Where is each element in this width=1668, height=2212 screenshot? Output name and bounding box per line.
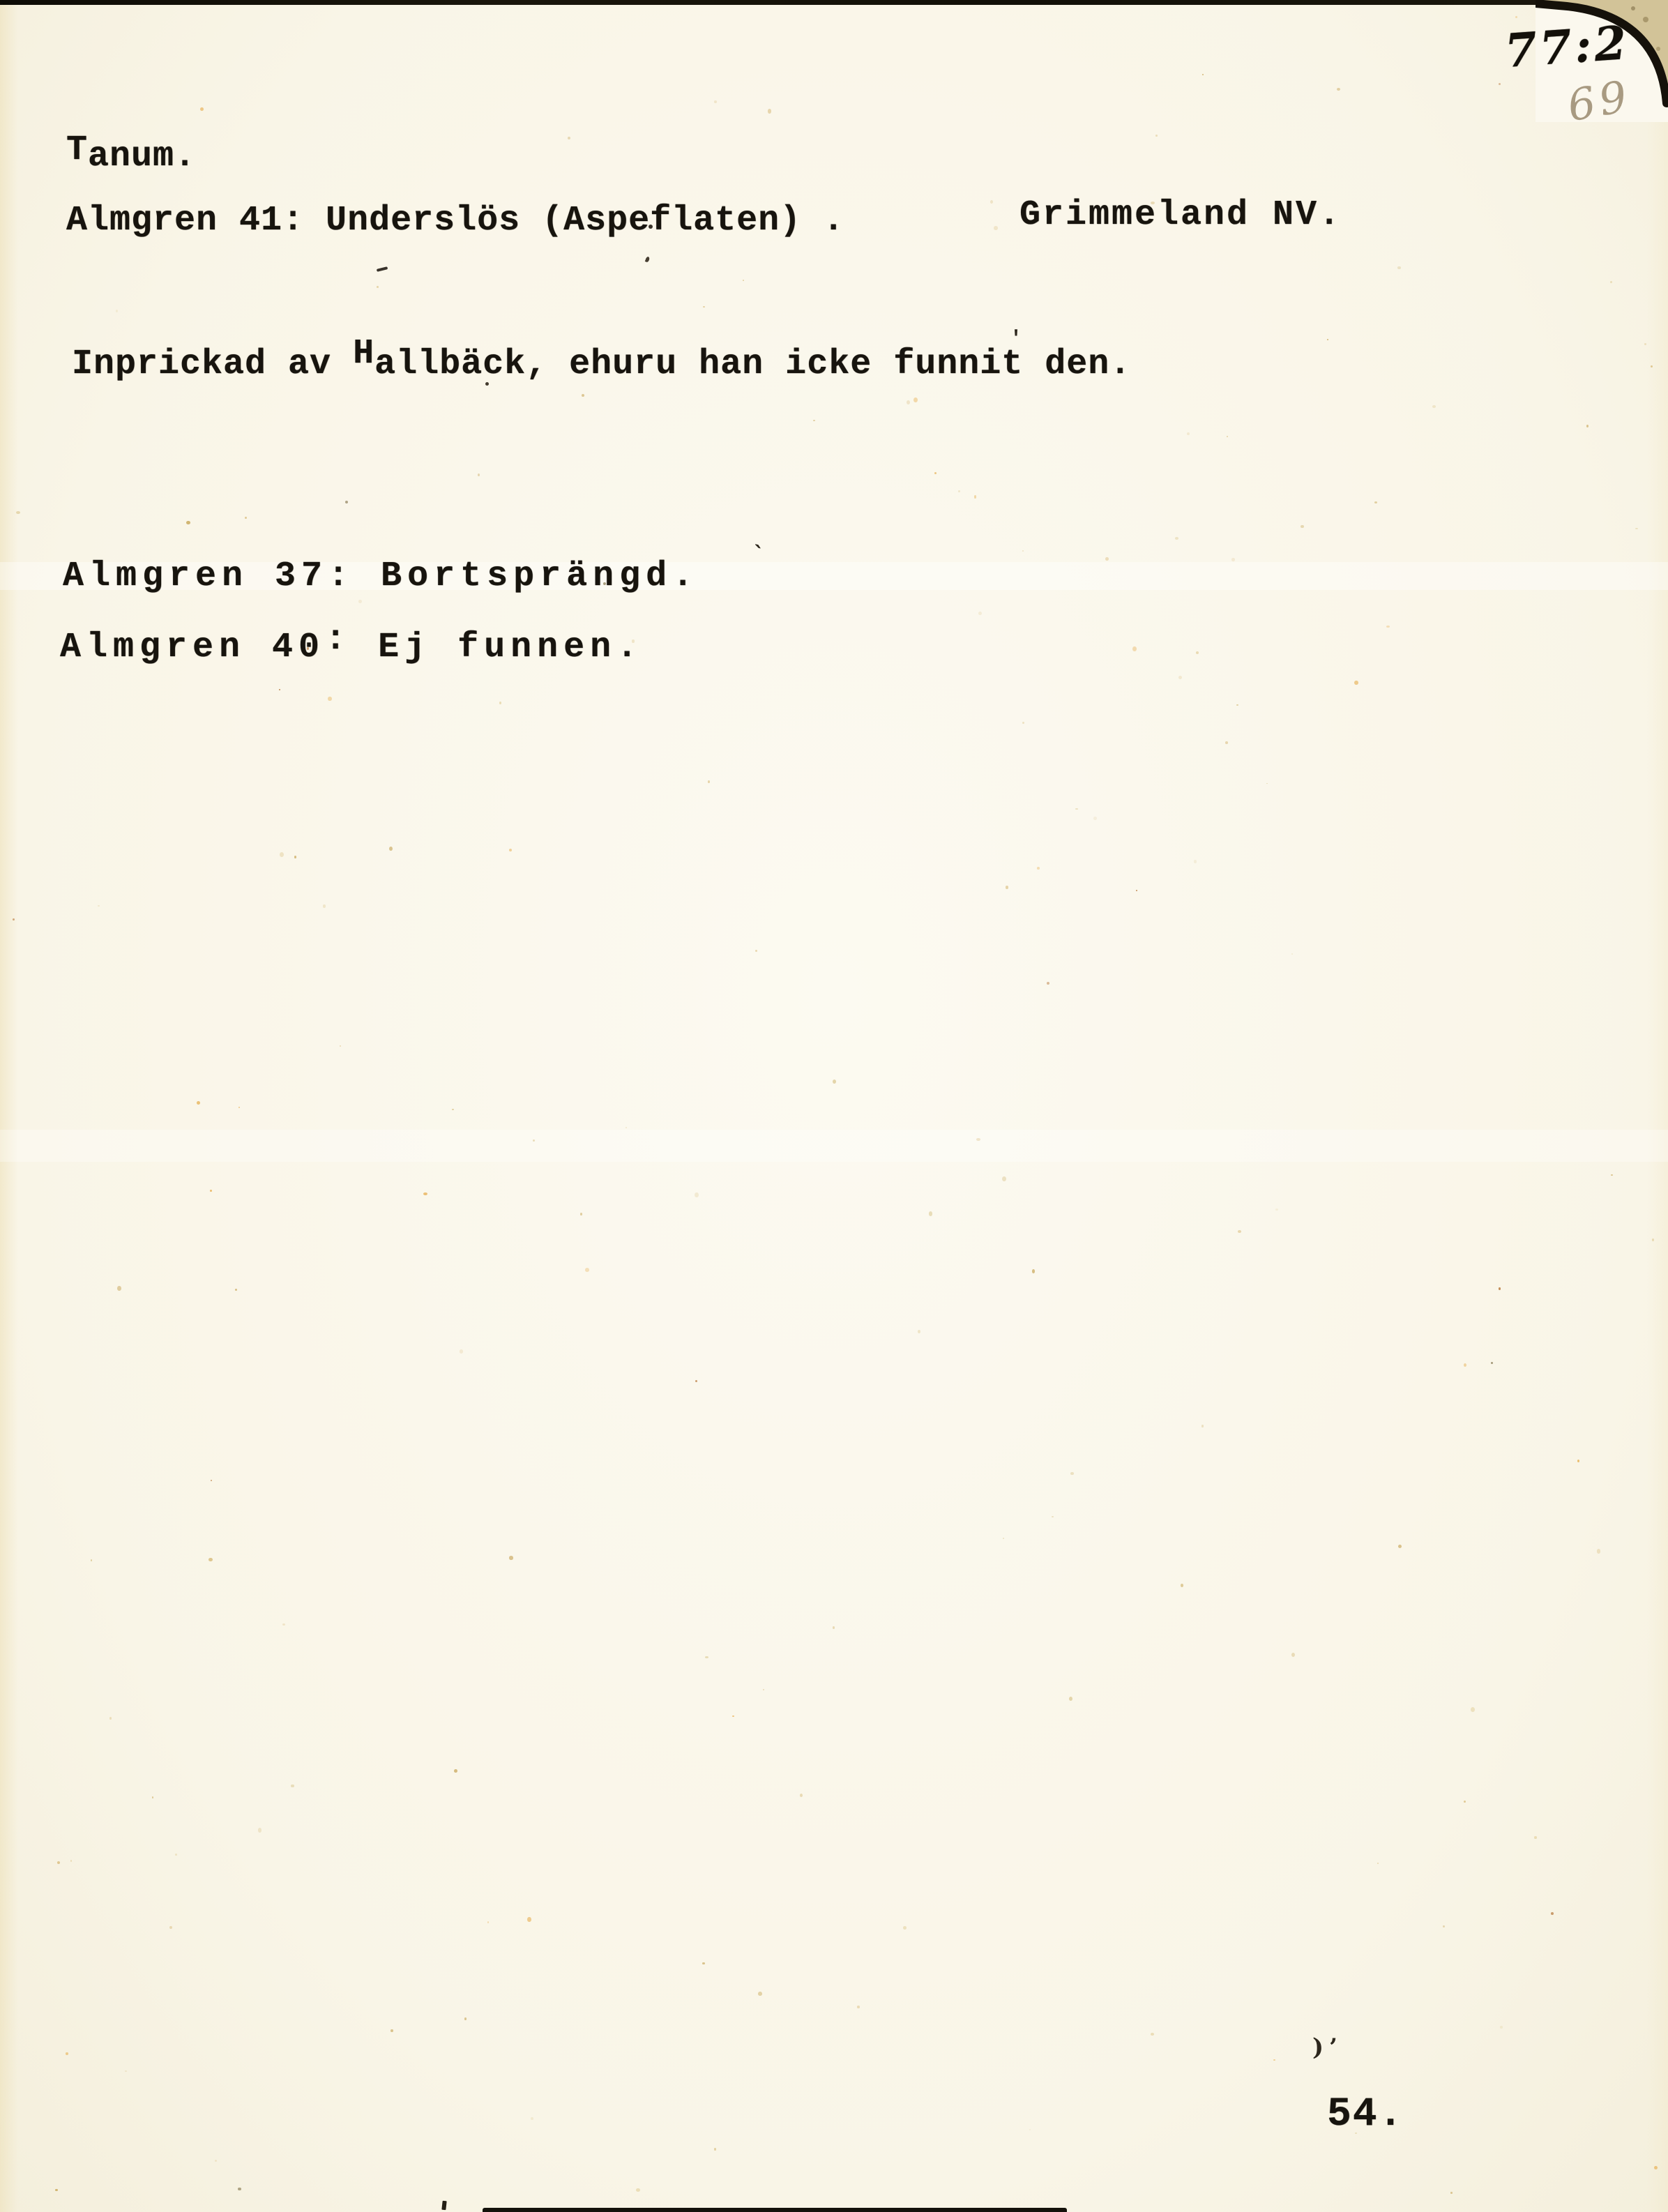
handwritten-corner-mark: 77:2: [1503, 15, 1630, 78]
stray-dot: [649, 225, 653, 229]
stray-pen-mark: )’: [1312, 2033, 1343, 2061]
almgren-40-name: Almgren 40: [60, 628, 325, 667]
remark-superscript-h: H: [353, 334, 374, 374]
almgren-40-value: Ej funnen.: [351, 628, 643, 667]
scan-edge-bottom: [483, 2208, 1067, 2212]
almgren-40-colon: :: [325, 620, 351, 660]
heading-rest: anum.: [88, 137, 196, 176]
scan-edge-top: [0, 0, 1668, 5]
page-number: 54.: [1327, 2092, 1404, 2137]
stray-dash: [377, 266, 388, 272]
scan-light-band: [0, 1130, 1668, 1162]
entry-almgren-40: Almgren 40: Ej funnen.: [60, 628, 643, 667]
paper-speckle-texture: [0, 0, 1668, 2212]
scanned-document-page: 77:2 69 Tanum. Almgren 41: Underslös (As…: [0, 0, 1668, 2212]
remark-pre: Inprickad av: [72, 344, 353, 384]
location-note: Grimmeland NV.: [1019, 195, 1342, 235]
remark-line: Inprickad av Hallbäck, ehuru han icke fu…: [72, 344, 1131, 384]
entry-almgren-41: Almgren 41: Underslös (Aspeflaten) .: [66, 201, 844, 241]
stray-bottom-mark: [441, 2201, 446, 2211]
entry-almgren-37: Almgren 37: Bortsprängd.: [63, 556, 699, 596]
heading-parish: Tanum.: [66, 137, 196, 176]
heading-initial: T: [66, 130, 88, 170]
pencil-page-count: 69: [1563, 70, 1635, 132]
stray-tick: `: [746, 541, 766, 570]
stray-tick: ': [1010, 328, 1022, 351]
stray-dot: [645, 256, 650, 262]
stray-dot: [485, 382, 489, 386]
